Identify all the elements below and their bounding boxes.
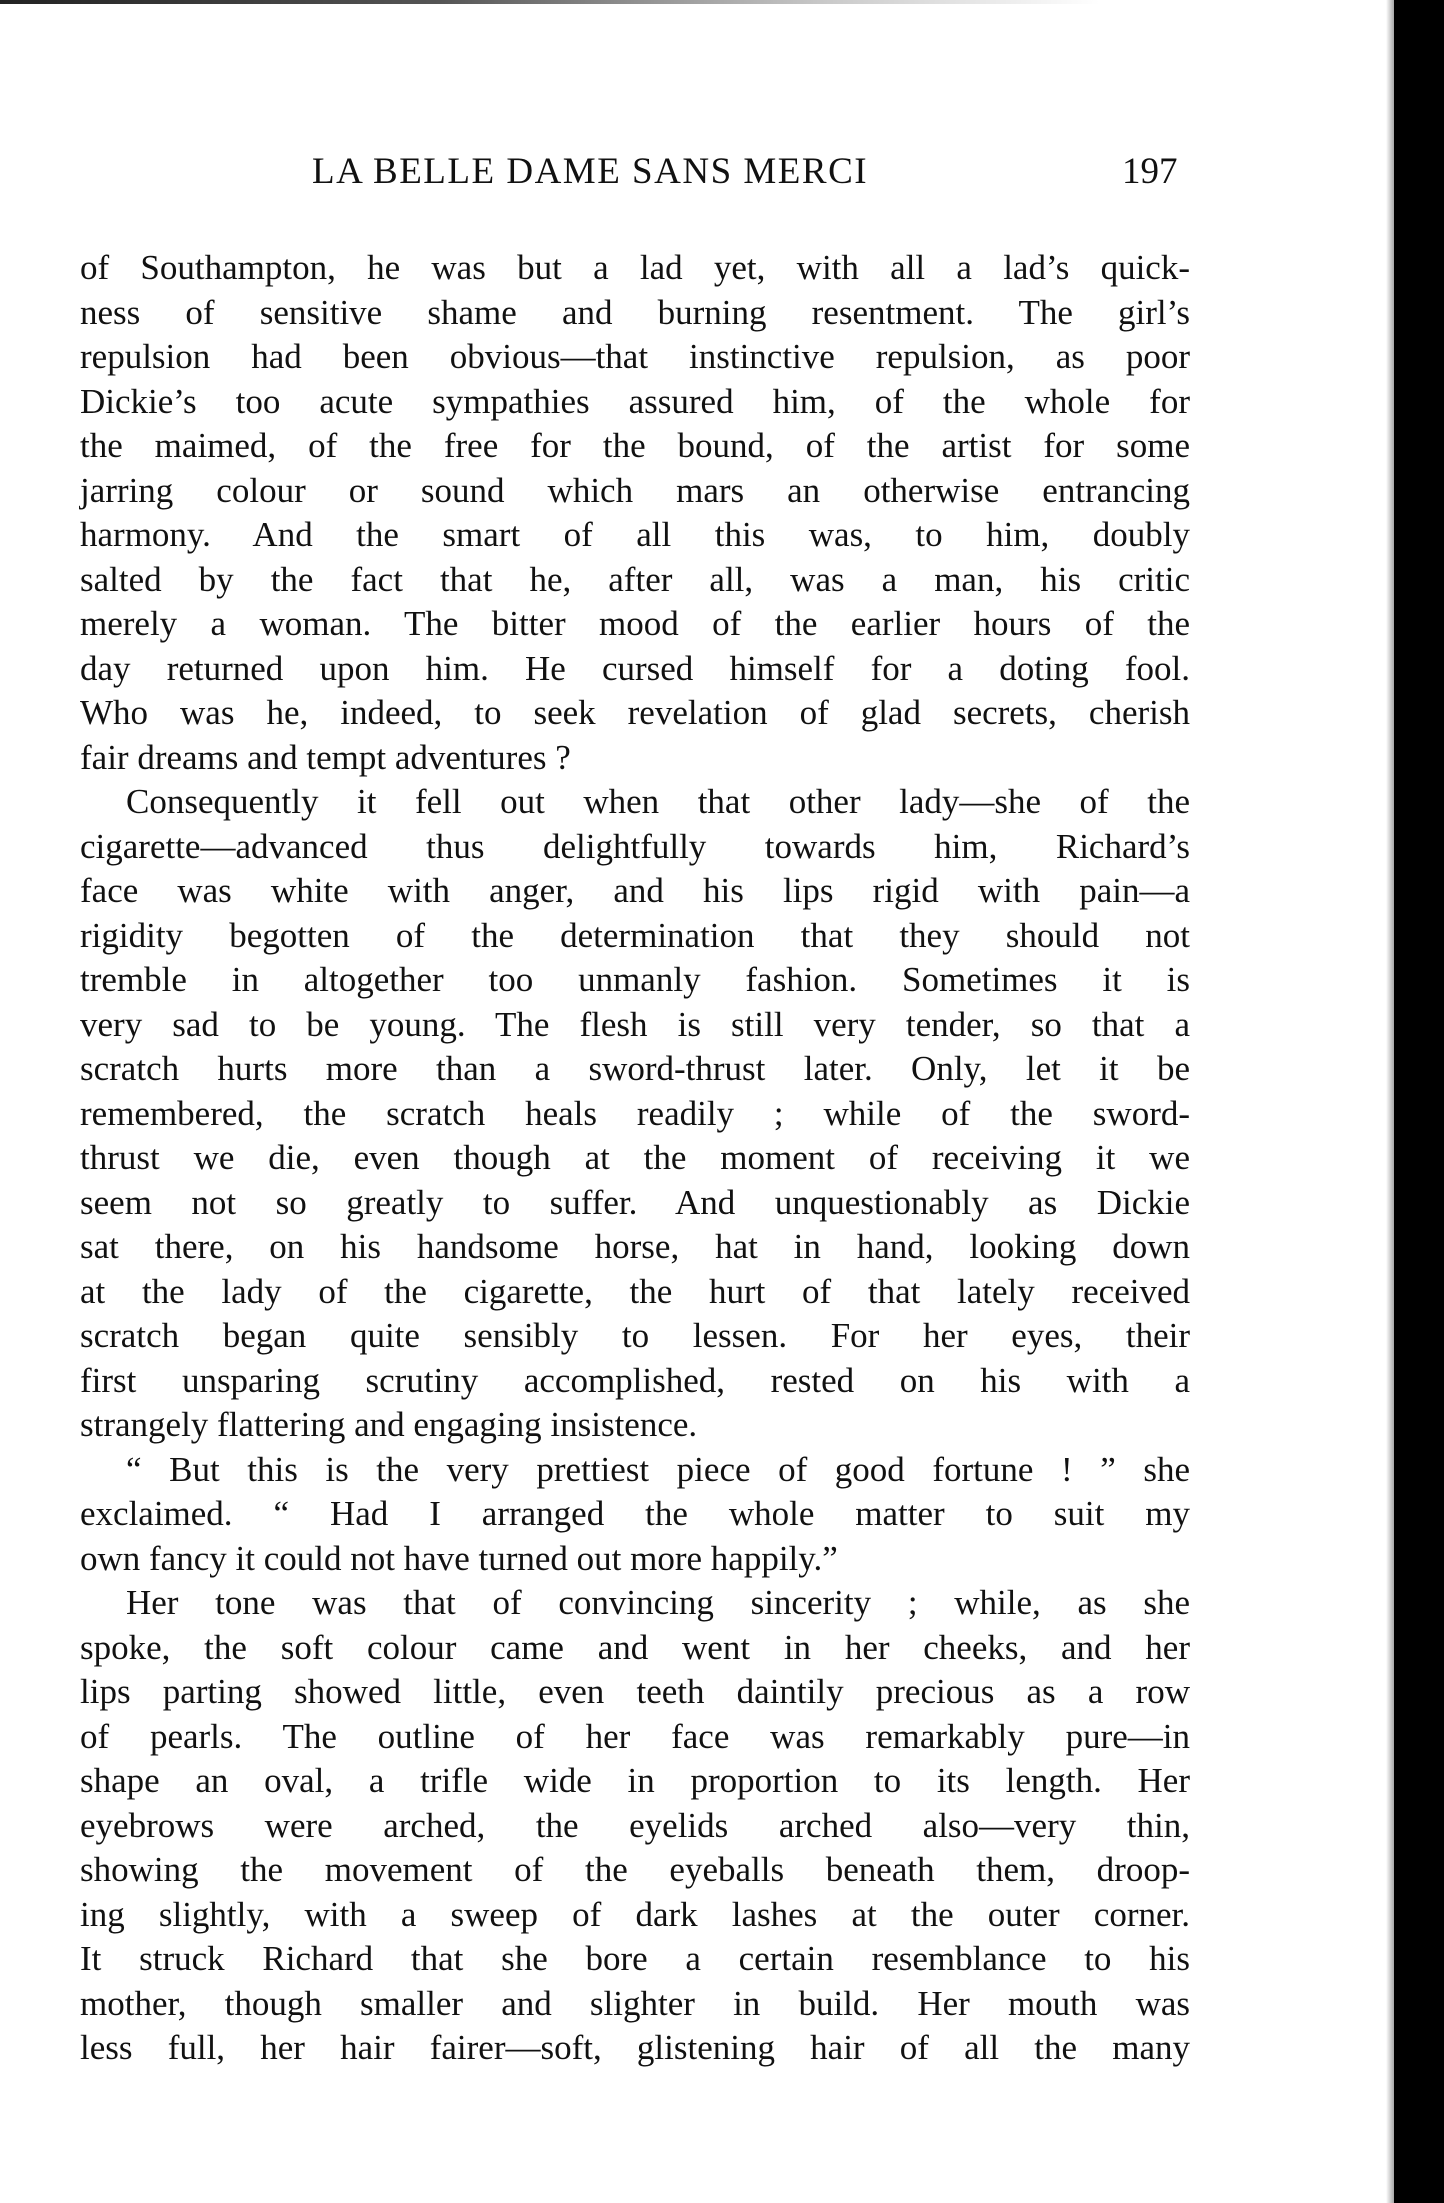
scan-right-border — [1394, 0, 1444, 2203]
text-line: rigidity begotten of the determination t… — [80, 914, 1190, 959]
text-line: fair dreams and tempt adventures ? — [80, 736, 1190, 781]
text-line: Dickie’s too acute sympathies assured hi… — [80, 380, 1190, 425]
text-line: the maimed, of the free for the bound, o… — [80, 424, 1190, 469]
text-line: first unsparing scrutiny accomplished, r… — [80, 1359, 1190, 1404]
text-line: Consequently it fell out when that other… — [80, 780, 1190, 825]
text-line: scratch began quite sensibly to lessen. … — [80, 1314, 1190, 1359]
text-line: eyebrows were arched, the eyelids arched… — [80, 1804, 1190, 1849]
text-line: less full, her hair fairer—soft, glisten… — [80, 2026, 1190, 2071]
text-line: mother, though smaller and slighter in b… — [80, 1982, 1190, 2027]
text-line: showing the movement of the eyeballs ben… — [80, 1848, 1190, 1893]
text-line: lips parting showed little, even teeth d… — [80, 1670, 1190, 1715]
text-line: salted by the fact that he, after all, w… — [80, 558, 1190, 603]
text-line: merely a woman. The bitter mood of the e… — [80, 602, 1190, 647]
scan-top-edge — [0, 0, 1100, 4]
running-head: LA BELLE DAME SANS MERCI 197 — [312, 150, 1192, 200]
text-line: sat there, on his handsome horse, hat in… — [80, 1225, 1190, 1270]
text-line: repulsion had been obvious—that instinct… — [80, 335, 1190, 380]
text-line: of pearls. The outline of her face was r… — [80, 1715, 1190, 1760]
text-line: strangely flattering and engaging insist… — [80, 1403, 1190, 1448]
text-line: tremble in altogether too unmanly fashio… — [80, 958, 1190, 1003]
text-line: ing slightly, with a sweep of dark lashe… — [80, 1893, 1190, 1938]
text-line: thrust we die, even though at the moment… — [80, 1136, 1190, 1181]
text-line: of Southampton, he was but a lad yet, wi… — [80, 246, 1190, 291]
text-line: harmony. And the smart of all this was, … — [80, 513, 1190, 558]
text-line: “ But this is the very prettiest piece o… — [80, 1448, 1190, 1493]
text-line: exclaimed. “ Had I arranged the whole ma… — [80, 1492, 1190, 1537]
body-text: of Southampton, he was but a lad yet, wi… — [80, 246, 1190, 2071]
text-line: remembered, the scratch heals readily ; … — [80, 1092, 1190, 1137]
text-line: cigarette—advanced thus delightfully tow… — [80, 825, 1190, 870]
text-line: own fancy it could not have turned out m… — [80, 1537, 1190, 1582]
text-line: spoke, the soft colour came and went in … — [80, 1626, 1190, 1671]
text-line: Her tone was that of convincing sincerit… — [80, 1581, 1190, 1626]
text-line: seem not so greatly to suffer. And unque… — [80, 1181, 1190, 1226]
running-title: LA BELLE DAME SANS MERCI — [312, 150, 868, 193]
text-line: Who was he, indeed, to seek revelation o… — [80, 691, 1190, 736]
scan-edge-shadow — [1386, 0, 1394, 2203]
text-line: ness of sensitive shame and burning rese… — [80, 291, 1190, 336]
text-line: scratch hurts more than a sword-thrust l… — [80, 1047, 1190, 1092]
text-line: jarring colour or sound which mars an ot… — [80, 469, 1190, 514]
page-number: 197 — [1122, 150, 1178, 193]
text-line: face was white with anger, and his lips … — [80, 869, 1190, 914]
text-line: shape an oval, a trifle wide in proporti… — [80, 1759, 1190, 1804]
text-line: at the lady of the cigarette, the hurt o… — [80, 1270, 1190, 1315]
text-line: It struck Richard that she bore a certai… — [80, 1937, 1190, 1982]
text-line: day returned upon him. He cursed himself… — [80, 647, 1190, 692]
text-line: very sad to be young. The flesh is still… — [80, 1003, 1190, 1048]
